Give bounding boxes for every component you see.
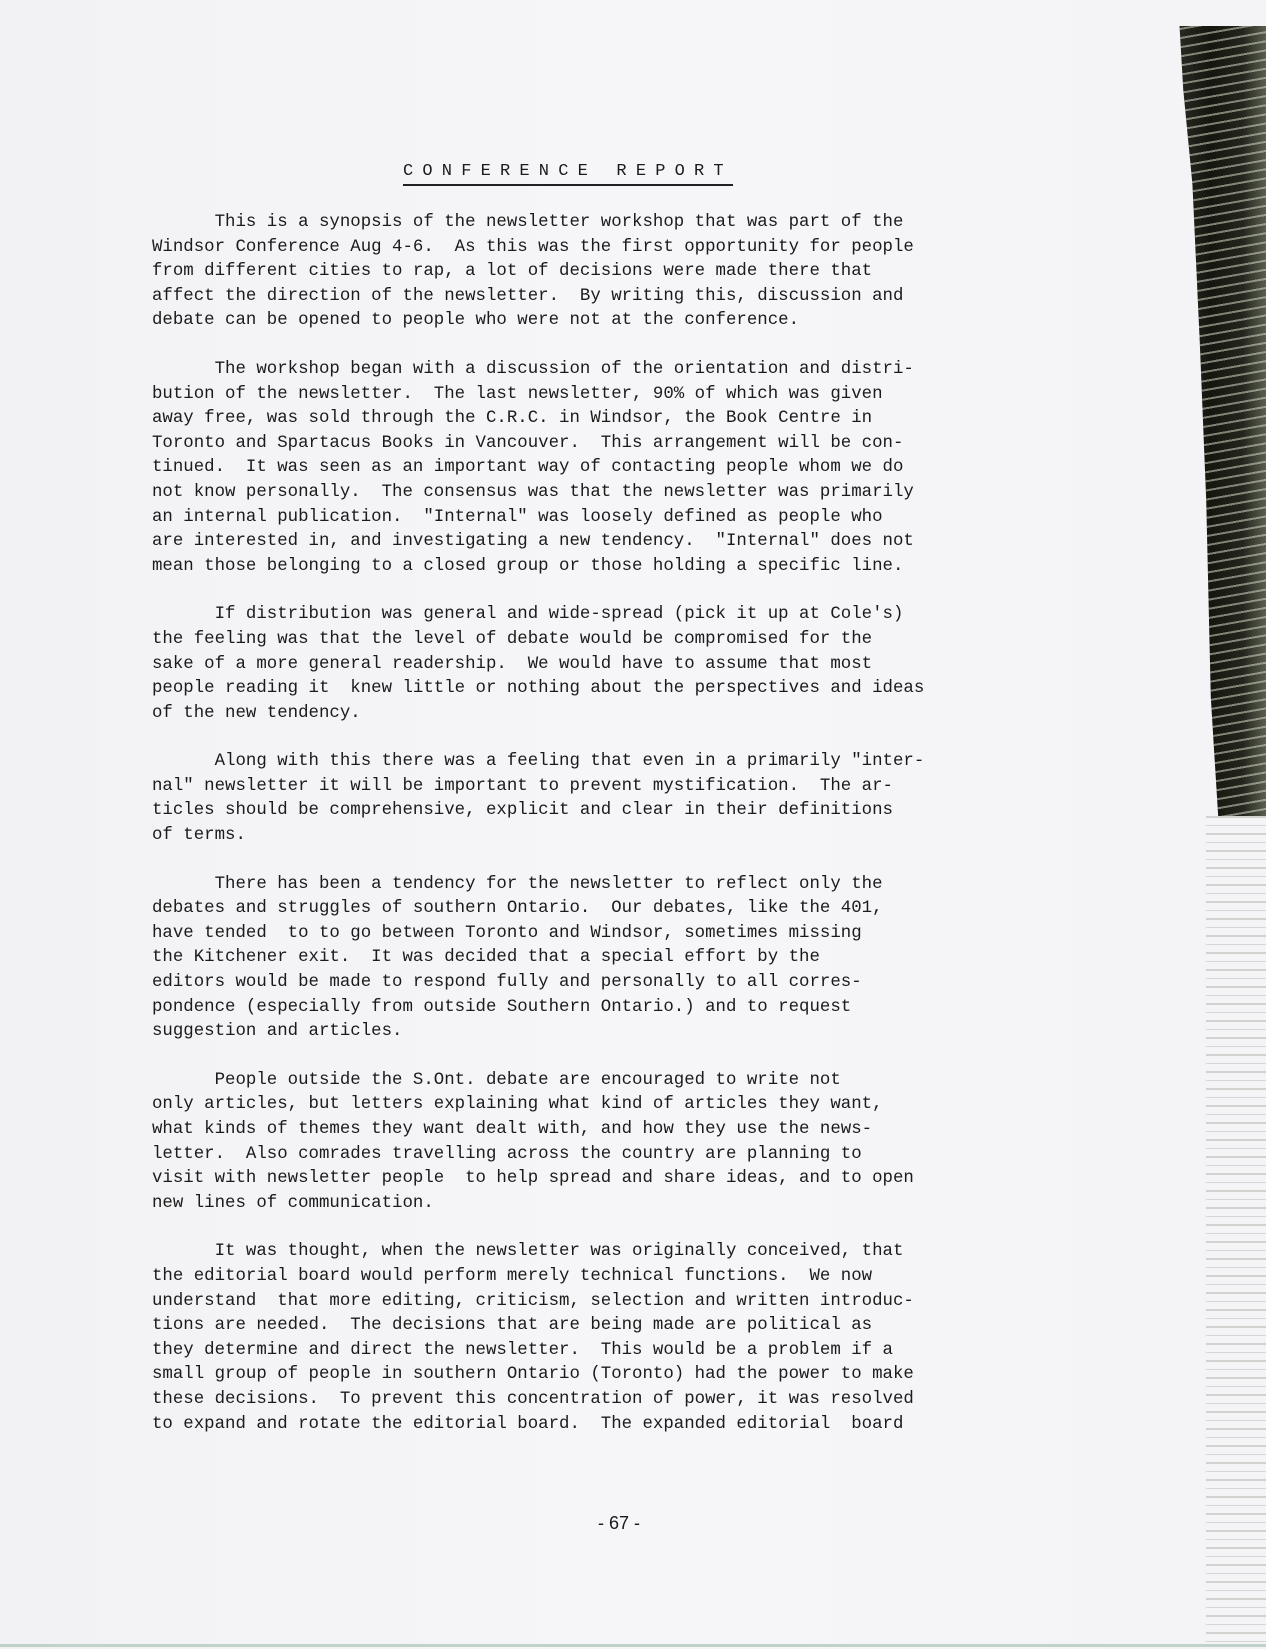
scan-edge-speckle <box>1206 816 1266 1646</box>
scanned-page: CONFERENCE REPORT This is a synopsis of … <box>0 0 1266 1649</box>
text-line: from different cities to rap, a lot of d… <box>152 260 1112 285</box>
text-line: small group of people in southern Ontari… <box>152 1363 1112 1388</box>
paragraph-editorial-board: It was thought, when the newsletter was … <box>152 1240 1112 1437</box>
paragraph-synopsis: This is a synopsis of the newsletter wor… <box>152 211 1112 334</box>
text-line: ticles should be comprehensive, explicit… <box>152 799 1112 824</box>
text-line: mean those belonging to a closed group o… <box>152 555 1112 580</box>
scan-edge-shadow <box>1174 26 1266 816</box>
text-line: have tended to to go between Toronto and… <box>152 922 1112 947</box>
text-line: bution of the newsletter. The last newsl… <box>152 383 1112 408</box>
text-line: pondence (especially from outside Southe… <box>152 996 1112 1021</box>
paragraph-mystification: Along with this there was a feeling that… <box>152 750 1112 848</box>
text-line: It was thought, when the newsletter was … <box>152 1240 1112 1265</box>
page-number: - 67 - <box>598 1513 640 1534</box>
text-line: Windsor Conference Aug 4-6. As this was … <box>152 236 1112 261</box>
text-line: of terms. <box>152 824 1112 849</box>
text-line: This is a synopsis of the newsletter wor… <box>152 211 1112 236</box>
text-line: the feeling was that the level of debate… <box>152 628 1112 653</box>
text-line: are interested in, and investigating a n… <box>152 530 1112 555</box>
paragraph-outside-sont: People outside the S.Ont. debate are enc… <box>152 1069 1112 1217</box>
text-line: suggestion and articles. <box>152 1020 1112 1045</box>
text-line: visit with newsletter people to help spr… <box>152 1167 1112 1192</box>
text-line: sake of a more general readership. We wo… <box>152 653 1112 678</box>
text-line: The workshop began with a discussion of … <box>152 358 1112 383</box>
paragraph-distribution: The workshop began with a discussion of … <box>152 358 1112 579</box>
text-line: nal" newsletter it will be important to … <box>152 775 1112 800</box>
text-line: these decisions. To prevent this concent… <box>152 1388 1112 1413</box>
text-line: of the new tendency. <box>152 702 1112 727</box>
text-line: people reading it knew little or nothing… <box>152 677 1112 702</box>
text-line: to expand and rotate the editorial board… <box>152 1413 1112 1438</box>
text-line: debates and struggles of southern Ontari… <box>152 897 1112 922</box>
paragraph-general-distribution: If distribution was general and wide-spr… <box>152 603 1112 726</box>
text-line: People outside the S.Ont. debate are enc… <box>152 1069 1112 1094</box>
text-line: only articles, but letters explaining wh… <box>152 1093 1112 1118</box>
text-line: the editorial board would perform merely… <box>152 1265 1112 1290</box>
text-line: away free, was sold through the C.R.C. i… <box>152 407 1112 432</box>
text-line: There has been a tendency for the newsle… <box>152 873 1112 898</box>
text-line: an internal publication. "Internal" was … <box>152 506 1112 531</box>
scan-bottom-edge <box>0 1644 1266 1647</box>
text-line: Along with this there was a feeling that… <box>152 750 1112 775</box>
text-line: new lines of communication. <box>152 1192 1112 1217</box>
text-line: understand that more editing, criticism,… <box>152 1290 1112 1315</box>
text-line: tinued. It was seen as an important way … <box>152 456 1112 481</box>
text-line: affect the direction of the newsletter. … <box>152 285 1112 310</box>
text-line: If distribution was general and wide-spr… <box>152 603 1112 628</box>
text-line: letter. Also comrades travelling across … <box>152 1143 1112 1168</box>
text-line: what kinds of themes they want dealt wit… <box>152 1118 1112 1143</box>
text-line: tions are needed. The decisions that are… <box>152 1314 1112 1339</box>
text-line: debate can be opened to people who were … <box>152 309 1112 334</box>
paragraph-southern-ontario: There has been a tendency for the newsle… <box>152 873 1112 1045</box>
text-line: Toronto and Spartacus Books in Vancouver… <box>152 432 1112 457</box>
text-line: not know personally. The consensus was t… <box>152 481 1112 506</box>
text-line: editors would be made to respond fully a… <box>152 971 1112 996</box>
document-title: CONFERENCE REPORT <box>403 162 733 186</box>
document-body: This is a synopsis of the newsletter wor… <box>152 211 1112 1461</box>
text-line: they determine and direct the newsletter… <box>152 1339 1112 1364</box>
text-line: the Kitchener exit. It was decided that … <box>152 946 1112 971</box>
